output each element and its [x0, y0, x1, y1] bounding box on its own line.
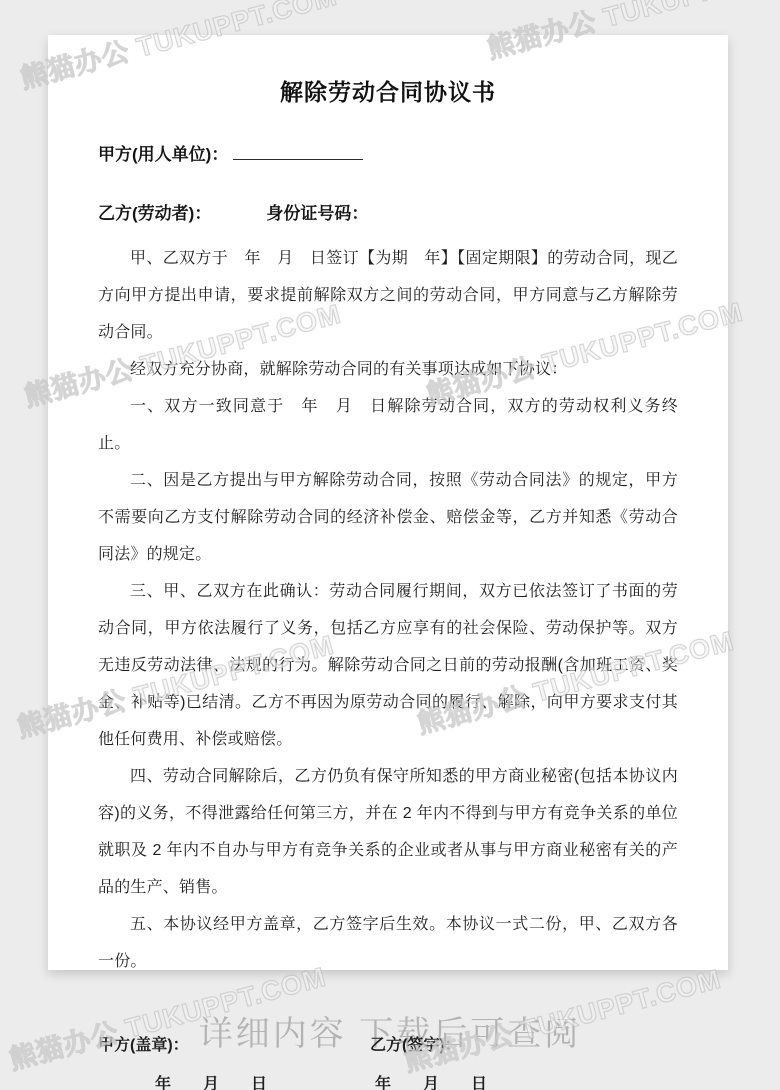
party-a-seal-label: 甲方(盖章)： — [98, 1036, 370, 1055]
document-preview: 熊猫办公 TUKUPPT.COM 熊猫办公 TUKUPPT.COM 熊猫办公 T… — [0, 0, 780, 1090]
contract-paragraph: 四、劳动合同解除后，乙方仍负有保守所知悉的甲方商业秘密(包括本协议内容)的义务，… — [98, 758, 678, 906]
contract-paragraph: 甲、乙双方于 年 月 日签订【为期 年】【固定期限】的劳动合同，现乙方向甲方提出… — [98, 240, 678, 351]
signature-section: 甲方(盖章)： 年 月 日 乙方(签字)： 年 月 日 — [98, 1036, 678, 1090]
document-page: 解除劳动合同协议书 甲方(用人单位)： 乙方(劳动者)：身份证号码： 甲、乙双方… — [48, 35, 728, 970]
party-a-signature-block: 甲方(盖章)： 年 月 日 — [98, 1036, 370, 1090]
contract-paragraph: 一、双方一致同意于 年 月 日解除劳动合同，双方的劳动权利义务终止。 — [98, 388, 678, 462]
document-title: 解除劳动合同协议书 — [98, 77, 678, 108]
party-a-label: 甲方(用人单位)： — [98, 145, 228, 164]
party-a-date-line: 年 月 日 — [155, 1075, 370, 1090]
contract-paragraph: 二、因是乙方提出与甲方解除劳动合同，按照《劳动合同法》的规定，甲方不需要向乙方支… — [98, 462, 678, 573]
party-a-line: 甲方(用人单位)： — [98, 145, 678, 164]
party-b-label: 乙方(劳动者)： — [98, 204, 211, 223]
party-b-signature-block: 乙方(签字)： 年 月 日 — [370, 1036, 487, 1090]
contract-body: 甲、乙双方于 年 月 日签订【为期 年】【固定期限】的劳动合同，现乙方向甲方提出… — [98, 240, 678, 980]
contract-paragraph: 经双方充分协商，就解除劳动合同的有关事项达成如下协议： — [98, 351, 678, 388]
id-number-label: 身份证号码： — [266, 204, 368, 223]
contract-paragraph: 三、甲、乙双方在此确认：劳动合同履行期间，双方已依法签订了书面的劳动合同，甲方依… — [98, 573, 678, 758]
contract-paragraph: 五、本协议经甲方盖章，乙方签字后生效。本协议一式二份，甲、乙双方各一份。 — [98, 906, 678, 980]
party-b-sign-label: 乙方(签字)： — [370, 1036, 487, 1055]
party-b-date-line: 年 月 日 — [375, 1075, 487, 1090]
fill-in-blank-line — [233, 146, 363, 160]
party-b-line: 乙方(劳动者)：身份证号码： — [98, 204, 678, 223]
